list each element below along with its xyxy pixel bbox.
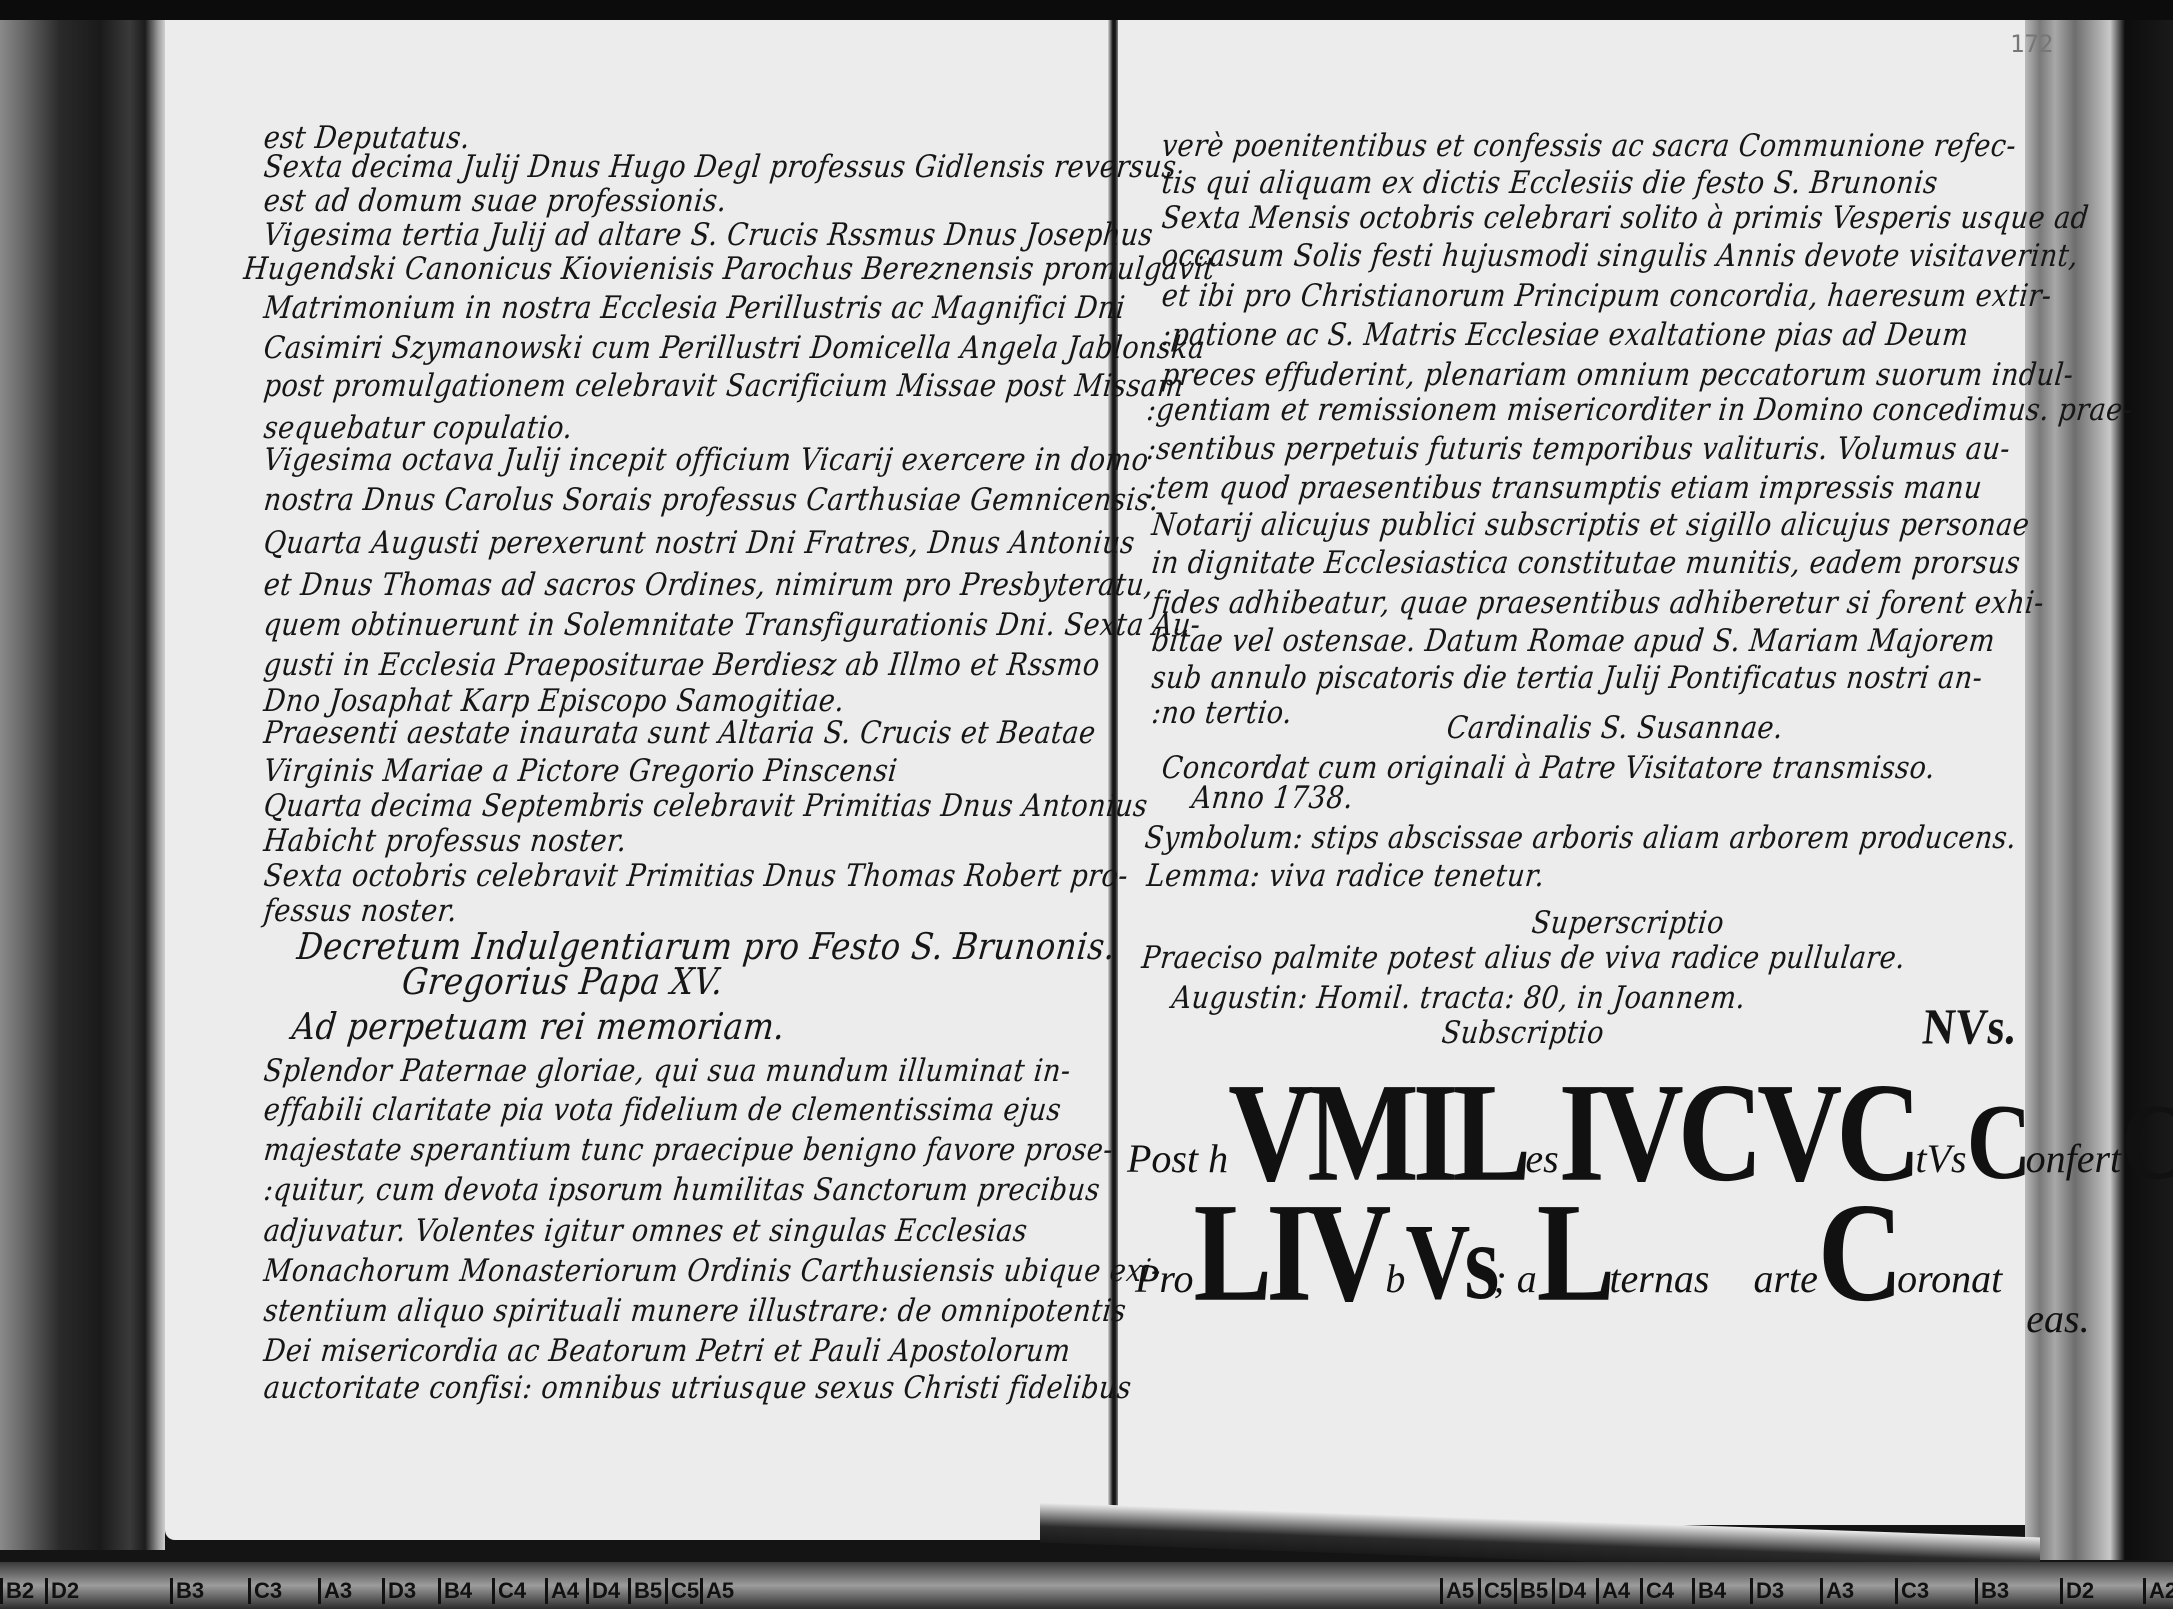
book-left-page-edges	[0, 20, 165, 1550]
manuscript-line: :gentiam et remissionem misericorditer i…	[1145, 392, 2134, 428]
lemma-line: Lemma: viva radice tenetur.	[1145, 858, 1547, 894]
strip-label: B3	[170, 1578, 204, 1604]
manuscript-line: :quitur, cum devota ipsorum humilitas Sa…	[262, 1172, 1102, 1208]
manuscript-line: :no tertio.	[1150, 695, 1294, 731]
manuscript-line: :sentibus perpetuis futuris temporibus v…	[1145, 431, 2012, 467]
manuscript-line: tis qui aliquam ex dictis Ecclesiis die …	[1160, 165, 1940, 201]
chronogram-text: Pro	[1135, 1256, 1194, 1301]
strip-label: D4	[1552, 1578, 1586, 1604]
manuscript-line: stentium aliquo spirituali munere illust…	[262, 1293, 1128, 1329]
manuscript-line: Vigesima tertia Julij ad altare S. Cruci…	[262, 217, 1155, 253]
manuscript-line: Ad perpetuam rei memoriam.	[290, 1004, 787, 1048]
manuscript-line: adjuvatur. Volentes igitur omnes et sing…	[262, 1213, 1029, 1249]
nvs-mark: NVs.	[1920, 997, 2020, 1056]
chronogram-text: oronat	[1897, 1256, 2002, 1301]
year-line: Anno 1738.	[1190, 780, 1355, 816]
manuscript-line: preces effuderint, plenariam omnium pecc…	[1160, 357, 2075, 393]
chronogram-capitals: LIV	[1194, 1171, 1386, 1334]
strip-label: A4	[545, 1578, 579, 1604]
manuscript-line: Hugendski Canonicus Kiovienisis Parochus…	[242, 251, 1217, 287]
manuscript-line: nostra Dnus Carolus Sorais professus Car…	[262, 482, 1161, 518]
manuscript-line: Quarta decima Septembris celebravit Prim…	[262, 788, 1149, 824]
strip-label: D3	[1750, 1578, 1784, 1604]
strip-label: B4	[438, 1578, 472, 1604]
manuscript-line: bitae vel ostensae. Datum Romae apud S. …	[1150, 623, 1997, 659]
manuscript-line: Sexta decima Julij Dnus Hugo Degl profes…	[262, 149, 1178, 185]
manuscript-line: auctoritate confisi: omnibus utriusque s…	[262, 1370, 1133, 1406]
manuscript-line: Splendor Paternae gloriae, qui sua mundu…	[262, 1053, 1073, 1089]
manuscript-line: Virginis Mariae a Pictore Gregorio Pinsc…	[262, 753, 899, 789]
manuscript-line: Quarta Augusti perexerunt nostri Dni Fra…	[262, 525, 1137, 561]
strip-label: B3	[1975, 1578, 2009, 1604]
manuscript-line: Dei misericordia ac Beatorum Petri et Pa…	[262, 1333, 1072, 1369]
chronogram-capitals: C	[2121, 1081, 2173, 1205]
scan-top-border	[0, 0, 2173, 20]
strip-label: C4	[492, 1578, 526, 1604]
strip-label: D2	[2060, 1578, 2094, 1604]
manuscript-line: :patione ac S. Matris Ecclesiae exaltati…	[1160, 317, 1970, 353]
strip-label: C3	[1895, 1578, 1929, 1604]
manuscript-line: verè poenitentibus et confessis ac sacra…	[1160, 128, 2018, 164]
chronogram-text: ternas	[1609, 1256, 1709, 1301]
strip-label: A3	[1820, 1578, 1854, 1604]
manuscript-line: Praesenti aestate inaurata sunt Altaria …	[262, 715, 1097, 751]
chronogram-text: eas.	[2026, 1296, 2089, 1341]
chronogram-capitals: C	[1818, 1171, 1897, 1334]
manuscript-line: est ad domum suae professionis.	[262, 183, 729, 219]
manuscript-line: post promulgationem celebravit Sacrifici…	[262, 368, 1186, 404]
chronogram-text: arte	[1753, 1256, 1817, 1301]
manuscript-line: et Dnus Thomas ad sacros Ordines, nimiru…	[262, 567, 1155, 603]
manuscript-line: quem obtinuerunt in Solemnitate Transfig…	[262, 607, 1202, 643]
manuscript-line: effabili claritate pia vota fidelium de …	[262, 1092, 1063, 1128]
chronogram-text: ; a	[1493, 1256, 1536, 1301]
manuscript-line: majestate sperantium tunc praecipue beni…	[262, 1132, 1115, 1168]
chronogram-capitals: Vs	[1405, 1201, 1493, 1325]
strip-label: A2	[2143, 1578, 2173, 1604]
strip-label: C5	[1478, 1578, 1512, 1604]
strip-label: A5	[700, 1578, 734, 1604]
manuscript-line: in dignitate Ecclesiastica constitutae m…	[1150, 545, 2022, 581]
manuscript-line: Casimiri Szymanowski cum Perillustri Dom…	[262, 330, 1207, 366]
chronogram-text: Vs	[1927, 1136, 1967, 1181]
folio-number: 172	[2010, 30, 2053, 58]
manuscript-line: sub annulo piscatoris die tertia Julij P…	[1150, 660, 1984, 696]
manuscript-line: et ibi pro Christianorum Principum conco…	[1160, 278, 2053, 314]
strip-label: A4	[1596, 1578, 1630, 1604]
chronogram-capitals: L	[1537, 1171, 1610, 1334]
strip-label: D4	[586, 1578, 620, 1604]
symbolum-line: Symbolum: stips abscissae arboris aliam …	[1143, 820, 2018, 856]
manuscript-line: :tem quod praesentibus transumptis etiam…	[1145, 470, 1984, 506]
chronogram-text: b	[1385, 1256, 1405, 1301]
chronogram-text: t	[1915, 1136, 1926, 1181]
manuscript-line: Notarij alicujus publici subscriptis et …	[1150, 507, 2031, 543]
manuscript-line: Vigesima octava Julij incepit officium V…	[262, 442, 1150, 478]
manuscript-line: gusti in Ecclesia Praepositurae Berdiesz…	[262, 647, 1102, 683]
manuscript-line: Dno Josaphat Karp Episcopo Samogitiae.	[262, 683, 846, 719]
manuscript-line: occasum Solis festi hujusmodi singulis A…	[1160, 238, 2080, 274]
strip-label: B5	[1514, 1578, 1548, 1604]
strip-label: C4	[1640, 1578, 1674, 1604]
manuscript-line: Sexta octobris celebravit Primitias Dnus…	[262, 858, 1130, 894]
manuscript-line: Sexta Mensis octobris celebrari solito à…	[1160, 200, 2091, 236]
manuscript-line: fides adhibeatur, quae praesentibus adhi…	[1150, 585, 2046, 621]
strip-label: B5	[628, 1578, 662, 1604]
chronogram-line-2: ProLIVbVs; aLternas arteCoronat eas.	[1135, 1185, 2090, 1321]
manuscript-line: Praeciso palmite potest alius de viva ra…	[1140, 940, 1907, 976]
strip-label: D3	[382, 1578, 416, 1604]
superscriptio-heading: Superscriptio	[1530, 905, 1726, 941]
cardinal-signature: Cardinalis S. Susannae.	[1445, 710, 1785, 746]
manuscript-line: sequebatur copulatio.	[262, 410, 574, 446]
strip-label: A3	[318, 1578, 352, 1604]
strip-label: D2	[45, 1578, 79, 1604]
strip-label: A5	[1440, 1578, 1474, 1604]
strip-label: C3	[248, 1578, 282, 1604]
chronogram-text: onfert	[2026, 1136, 2122, 1181]
manuscript-line: Matrimonium in nostra Ecclesia Perillust…	[262, 290, 1127, 326]
strip-label: B2	[0, 1578, 34, 1604]
strip-label: B4	[1692, 1578, 1726, 1604]
subscriptio-heading: Subscriptio	[1440, 1015, 1606, 1051]
pope-heading: Gregorius Papa XV.	[400, 959, 725, 1003]
manuscript-line: Augustin: Homil. tracta: 80, in Joannem.	[1170, 980, 1747, 1016]
strip-label: C5	[665, 1578, 699, 1604]
manuscript-line: Monachorum Monasteriorum Ordinis Carthus…	[262, 1253, 1163, 1289]
manuscript-line: Habicht professus noster.	[262, 823, 629, 859]
